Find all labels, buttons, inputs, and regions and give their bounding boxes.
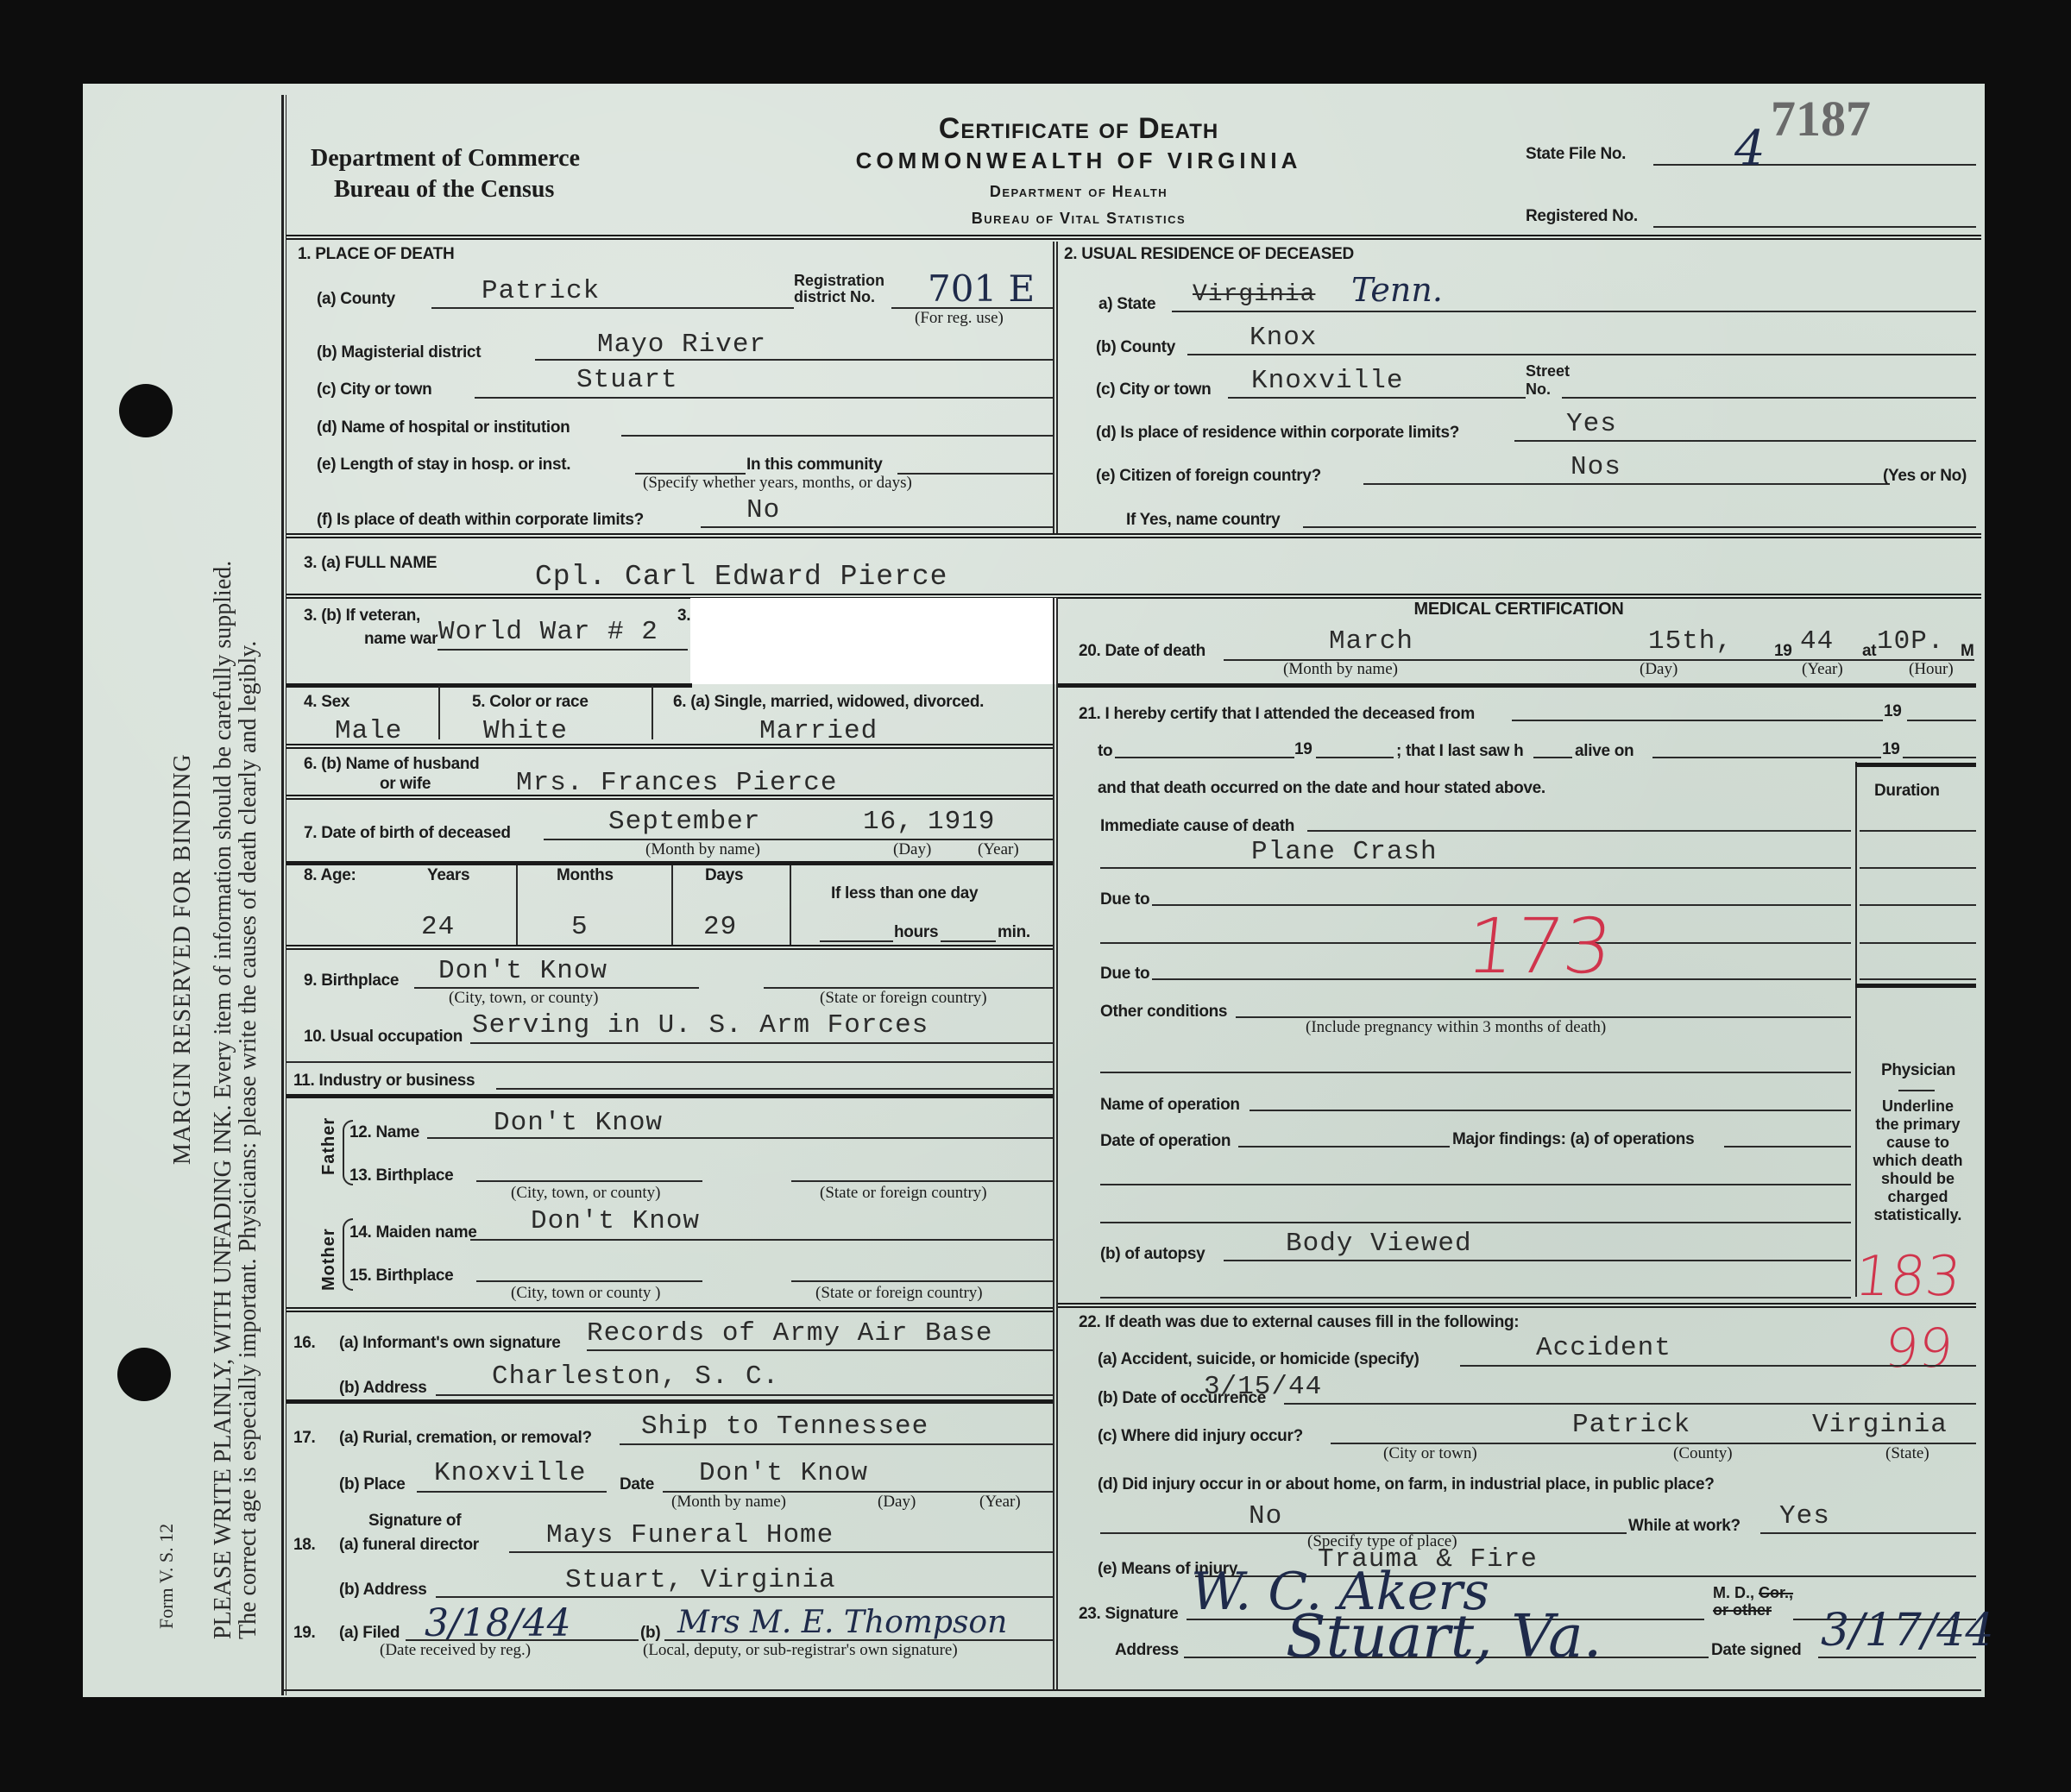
department-health: Department of Health <box>777 183 1381 201</box>
dod-hint-hour: (Hour) <box>1909 660 1954 679</box>
certify-19-b: 19 <box>1294 740 1312 759</box>
funeral-address-value[interactable]: Stuart, Virginia <box>565 1565 836 1595</box>
burial-date-label: Date <box>620 1475 654 1494</box>
county-label: (a) County <box>317 290 395 309</box>
informant-num: 16. <box>293 1334 316 1353</box>
birthplace-hint-state: (State or foreign country) <box>820 989 987 1008</box>
res-corp-limits-value[interactable]: Yes <box>1566 409 1617 439</box>
spouse-label-2: or wife <box>380 775 431 794</box>
operation-label: Name of operation <box>1100 1096 1240 1115</box>
spouse-label: 6. (b) Name of husband <box>304 755 479 774</box>
community-label: In this community <box>746 456 882 475</box>
physician-note: Underline the primary cause to which dea… <box>1860 1097 1976 1224</box>
certify-19-a: 19 <box>1884 702 1902 721</box>
age-months-label: Months <box>557 866 614 885</box>
form-number: Form V. S. 12 <box>155 1524 178 1629</box>
date-signed-label: Date signed <box>1711 1641 1801 1660</box>
autopsy-label: (b) of autopsy <box>1100 1245 1205 1264</box>
dob-month-value[interactable]: September <box>608 807 760 837</box>
certificate-title: Certificate of Death <box>777 112 1381 146</box>
findings-label: Major findings: (a) of operations <box>1452 1130 1694 1149</box>
magisterial-value[interactable]: Mayo River <box>597 330 766 360</box>
reg-use-hint: (For reg. use) <box>915 309 1004 328</box>
father-name-label: 12. Name <box>349 1123 419 1142</box>
yes-no-hint: (Yes or No) <box>1883 467 1967 486</box>
dod-year-value[interactable]: 44 <box>1800 626 1834 657</box>
where-county-value[interactable]: Patrick <box>1572 1410 1690 1440</box>
dod-hint-day: (Day) <box>1640 660 1678 679</box>
place-type-value[interactable]: No <box>1249 1501 1282 1531</box>
birthplace-label: 9. Birthplace <box>304 971 399 990</box>
res-state-label: a) State <box>1098 295 1155 314</box>
father-birthplace-label: 13. Birthplace <box>349 1166 453 1185</box>
burial-type-value[interactable]: Ship to Tennessee <box>641 1412 928 1442</box>
mother-hint-city: (City, town or county ) <box>511 1284 660 1303</box>
dod-at: at <box>1862 642 1876 661</box>
dob-hint-month: (Month by name) <box>645 840 760 859</box>
red-code-183: 183 <box>1852 1245 1964 1309</box>
hospital-label: (d) Name of hospital or institution <box>317 418 570 437</box>
filed-label: (a) Filed <box>339 1624 400 1643</box>
dod-hint-month: (Month by name) <box>1283 660 1398 679</box>
registered-label: Registered No. <box>1526 207 1638 226</box>
foreign-value[interactable]: Nos <box>1571 452 1621 482</box>
dob-label: 7. Date of birth of deceased <box>304 824 511 843</box>
country-label: If Yes, name country <box>1126 511 1280 530</box>
dob-day-value[interactable]: 16, <box>863 807 914 837</box>
dob-year-value[interactable]: 1919 <box>928 807 995 837</box>
where-state-value[interactable]: Virginia <box>1812 1410 1948 1440</box>
autopsy-value[interactable]: Body Viewed <box>1286 1229 1472 1259</box>
burial-hint-year: (Year) <box>979 1493 1021 1512</box>
place-of-death-heading: 1. PLACE OF DEATH <box>298 245 454 264</box>
burial-date-value[interactable]: Don't Know <box>699 1458 868 1488</box>
certifier-other-label: or other <box>1713 1601 1772 1619</box>
birthplace-hint-city: (City, town, or county) <box>449 989 598 1008</box>
funeral-director-value[interactable]: Mays Funeral Home <box>546 1520 834 1550</box>
mother-name-label: 14. Maiden name <box>349 1223 477 1242</box>
death-corp-limits-value[interactable]: No <box>746 495 780 525</box>
dod-m: M <box>1961 642 1974 661</box>
name-war-label: name war <box>364 630 437 649</box>
funeral-sig-label: Signature of <box>368 1512 461 1531</box>
death-county-value[interactable]: Patrick <box>482 276 600 306</box>
dod-hour-value[interactable]: 10P. <box>1877 626 1944 657</box>
op-date-label: Date of operation <box>1100 1132 1231 1151</box>
birthplace-value[interactable]: Don't Know <box>438 956 607 986</box>
certifier-signature-label: 23. Signature <box>1079 1605 1178 1624</box>
due-to-label-1: Due to <box>1100 890 1149 909</box>
res-state-struck: Virginia <box>1193 281 1315 308</box>
sex-value[interactable]: Male <box>335 716 402 746</box>
dod-hint-year: (Year) <box>1802 660 1843 679</box>
min-label: min. <box>998 923 1030 942</box>
margin-binding-note: MARGIN RESERVED FOR BINDING <box>169 753 197 1165</box>
filed-date-value[interactable]: 3/18/44 <box>425 1601 571 1645</box>
res-county-label: (b) County <box>1096 338 1175 357</box>
res-city-label: (c) City or town <box>1096 380 1211 399</box>
burial-hint-day: (Day) <box>878 1493 916 1512</box>
commonwealth-title: COMMONWEALTH OF VIRGINIA <box>777 148 1381 174</box>
age-days-label: Days <box>705 866 743 885</box>
corp-limits-label: (f) Is place of death within corporate l… <box>317 511 644 530</box>
father-hint-state: (State or foreign country) <box>820 1184 987 1203</box>
sex-label: 4. Sex <box>304 693 349 712</box>
mother-birthplace-label: 15. Birthplace <box>349 1267 453 1286</box>
street-label: Street No. <box>1526 362 1570 399</box>
form-left-border <box>281 95 286 1695</box>
residence-heading: 2. USUAL RESIDENCE OF DECEASED <box>1064 245 1354 264</box>
stay-label: (e) Length of stay in hosp. or inst. <box>317 456 570 475</box>
industry-label: 11. Industry or business <box>293 1072 475 1091</box>
funeral-address-label: (b) Address <box>339 1581 427 1600</box>
filed-hint: (Date received by reg.) <box>380 1641 531 1660</box>
dod-year-prefix: 19 <box>1774 642 1792 661</box>
registrar-label: (b) <box>640 1624 660 1643</box>
mother-tag: Mother <box>319 1228 339 1291</box>
age-months-value[interactable]: 5 <box>571 912 589 942</box>
father-name-value[interactable]: Don't Know <box>494 1108 663 1138</box>
other-conditions-hint: (Include pregnancy within 3 months of de… <box>1306 1018 1606 1037</box>
form-bottom-border <box>281 1689 1981 1693</box>
race-label: 5. Color or race <box>472 693 589 712</box>
mother-hint-state: (State or foreign country) <box>815 1284 983 1303</box>
res-state-value[interactable]: Tenn. <box>1351 271 1443 309</box>
certifier-address-value[interactable]: Stuart, Va. <box>1286 1603 1602 1671</box>
full-name-value[interactable]: Cpl. Carl Edward Pierce <box>535 561 947 593</box>
redacted-area <box>690 598 1057 684</box>
certify-line-3: and that death occurred on the date and … <box>1098 779 1545 798</box>
where-label: (c) Where did injury occur? <box>1098 1427 1303 1446</box>
place-type-label: (d) Did injury occur in or about home, o… <box>1098 1475 1715 1494</box>
age-days-value[interactable]: 29 <box>703 912 737 942</box>
marital-value[interactable]: Married <box>759 716 878 746</box>
dod-month-value[interactable]: March <box>1329 626 1413 657</box>
age-years-value[interactable]: 24 <box>421 912 455 942</box>
where-hint-city: (City or town) <box>1383 1444 1477 1463</box>
certify-last-saw: ; that I last saw h <box>1396 742 1523 761</box>
race-value[interactable]: White <box>483 716 568 746</box>
where-hint-state: (State) <box>1885 1444 1929 1463</box>
city-label: (c) City or town <box>317 380 431 399</box>
at-work-label: While at work? <box>1628 1517 1741 1536</box>
red-code-173: 173 <box>1463 902 1617 990</box>
filing-num: 19. <box>293 1624 316 1643</box>
certify-to: to <box>1098 742 1112 761</box>
medical-cert-heading: MEDICAL CERTIFICATION <box>1414 600 1624 619</box>
manner-label: (a) Accident, suicide, or homicide (spec… <box>1098 1350 1419 1369</box>
full-name-label: 3. (a) FULL NAME <box>304 554 437 573</box>
bureau-vital-statistics: Bureau of Vital Statistics <box>777 210 1381 228</box>
informant-signature-value[interactable]: Records of Army Air Base <box>587 1318 992 1349</box>
occurrence-date-value[interactable]: 3/15/44 <box>1204 1372 1322 1402</box>
res-corp-limits-label: (d) Is place of residence within corpora… <box>1096 424 1459 443</box>
instructions-line-1: PLEASE WRITE PLAINLY, WITH UNFADING INK.… <box>210 561 237 1639</box>
registrar-signature-value[interactable]: Mrs M. E. Thompson <box>677 1605 1007 1640</box>
burial-place-label: (b) Place <box>339 1475 406 1494</box>
certifier-address-label: Address <box>1115 1641 1179 1660</box>
registrar-hint: (Local, deputy, or sub-registrar's own s… <box>643 1641 958 1660</box>
dod-day-value[interactable]: 15th, <box>1648 626 1733 657</box>
binding-hole <box>117 1348 171 1401</box>
dod-label: 20. Date of death <box>1079 642 1205 661</box>
certifier-title-label: M. D., Cor., <box>1713 1584 1793 1602</box>
state-file-prefix: 4 <box>1734 121 1766 177</box>
burial-place-value[interactable]: Knoxville <box>434 1458 586 1488</box>
funeral-num: 18. <box>293 1536 316 1555</box>
hours-label: hours <box>894 923 938 942</box>
item-3c-label: 3. <box>677 607 690 626</box>
due-to-label-2: Due to <box>1100 965 1149 984</box>
state-file-label: State File No. <box>1526 145 1626 164</box>
age-label: 8. Age: <box>304 866 356 885</box>
bureau-census: Bureau of the Census <box>334 176 554 204</box>
marital-label: 6. (a) Single, married, widowed, divorce… <box>673 693 984 712</box>
res-county-value[interactable]: Knox <box>1250 323 1317 353</box>
magisterial-label: (b) Magisterial district <box>317 343 481 362</box>
res-city-value[interactable]: Knoxville <box>1251 366 1403 396</box>
binding-hole <box>119 384 173 437</box>
death-city-value[interactable]: Stuart <box>576 365 678 395</box>
reg-district-value[interactable]: 701 E <box>928 267 1035 310</box>
burial-type-label: (a) Rurial, cremation, or removal? <box>339 1429 592 1448</box>
burial-hint-month: (Month by name) <box>671 1493 786 1512</box>
physician-note-title: Physician <box>1881 1061 1955 1080</box>
veteran-label: 3. (b) If veteran, <box>304 607 420 626</box>
stay-hint: (Specify whether years, months, or days) <box>643 474 912 493</box>
where-hint-county: (County) <box>1673 1444 1733 1463</box>
mother-name-value[interactable]: Don't Know <box>531 1206 700 1236</box>
funeral-director-label: (a) funeral director <box>339 1536 479 1555</box>
certify-19-c: 19 <box>1882 740 1900 759</box>
certify-line-1: 21. I hereby certify that I attended the… <box>1079 705 1475 724</box>
red-code-99: 99 <box>1881 1317 1956 1380</box>
certify-alive: alive on <box>1575 742 1634 761</box>
immediate-cause-label: Immediate cause of death <box>1100 817 1294 836</box>
spouse-value[interactable]: Mrs. Frances Pierce <box>516 768 837 798</box>
age-years-label: Years <box>427 866 469 885</box>
burial-num: 17. <box>293 1429 316 1448</box>
occupation-label: 10. Usual occupation <box>304 1028 463 1047</box>
informant-address-label: (b) Address <box>339 1379 427 1398</box>
less-than-day-label: If less than one day <box>831 884 978 903</box>
duration-label: Duration <box>1874 782 1940 801</box>
at-work-value[interactable]: Yes <box>1779 1501 1830 1531</box>
certificate-title-block: Certificate of Death COMMONWEALTH OF VIR… <box>777 112 1381 228</box>
occupation-value[interactable]: Serving in U. S. Arm Forces <box>472 1010 928 1041</box>
foreign-label: (e) Citizen of foreign country? <box>1096 467 1321 486</box>
state-file-number: 7187 <box>1771 90 1871 148</box>
father-tag: Father <box>319 1117 339 1175</box>
immediate-cause-value[interactable]: Plane Crash <box>1251 837 1438 867</box>
informant-address-value[interactable]: Charleston, S. C. <box>492 1361 779 1392</box>
veteran-war-value[interactable]: World War # 2 <box>438 617 658 647</box>
dob-hint-day: (Day) <box>893 840 931 859</box>
dob-hint-year: (Year) <box>978 840 1019 859</box>
other-conditions-label: Other conditions <box>1100 1003 1227 1022</box>
external-heading: 22. If death was due to external causes … <box>1079 1313 1519 1332</box>
reg-district-label: Registration district No. <box>794 273 884 305</box>
dept-commerce: Department of Commerce <box>311 145 580 173</box>
instructions-line-2: The correct age is especially important.… <box>235 641 262 1639</box>
informant-signature-label: (a) Informant's own signature <box>339 1334 561 1353</box>
date-signed-value[interactable]: 3/17/44 <box>1821 1605 1993 1657</box>
manner-value[interactable]: Accident <box>1536 1333 1671 1363</box>
father-hint-city: (City, town, or county) <box>511 1184 660 1203</box>
